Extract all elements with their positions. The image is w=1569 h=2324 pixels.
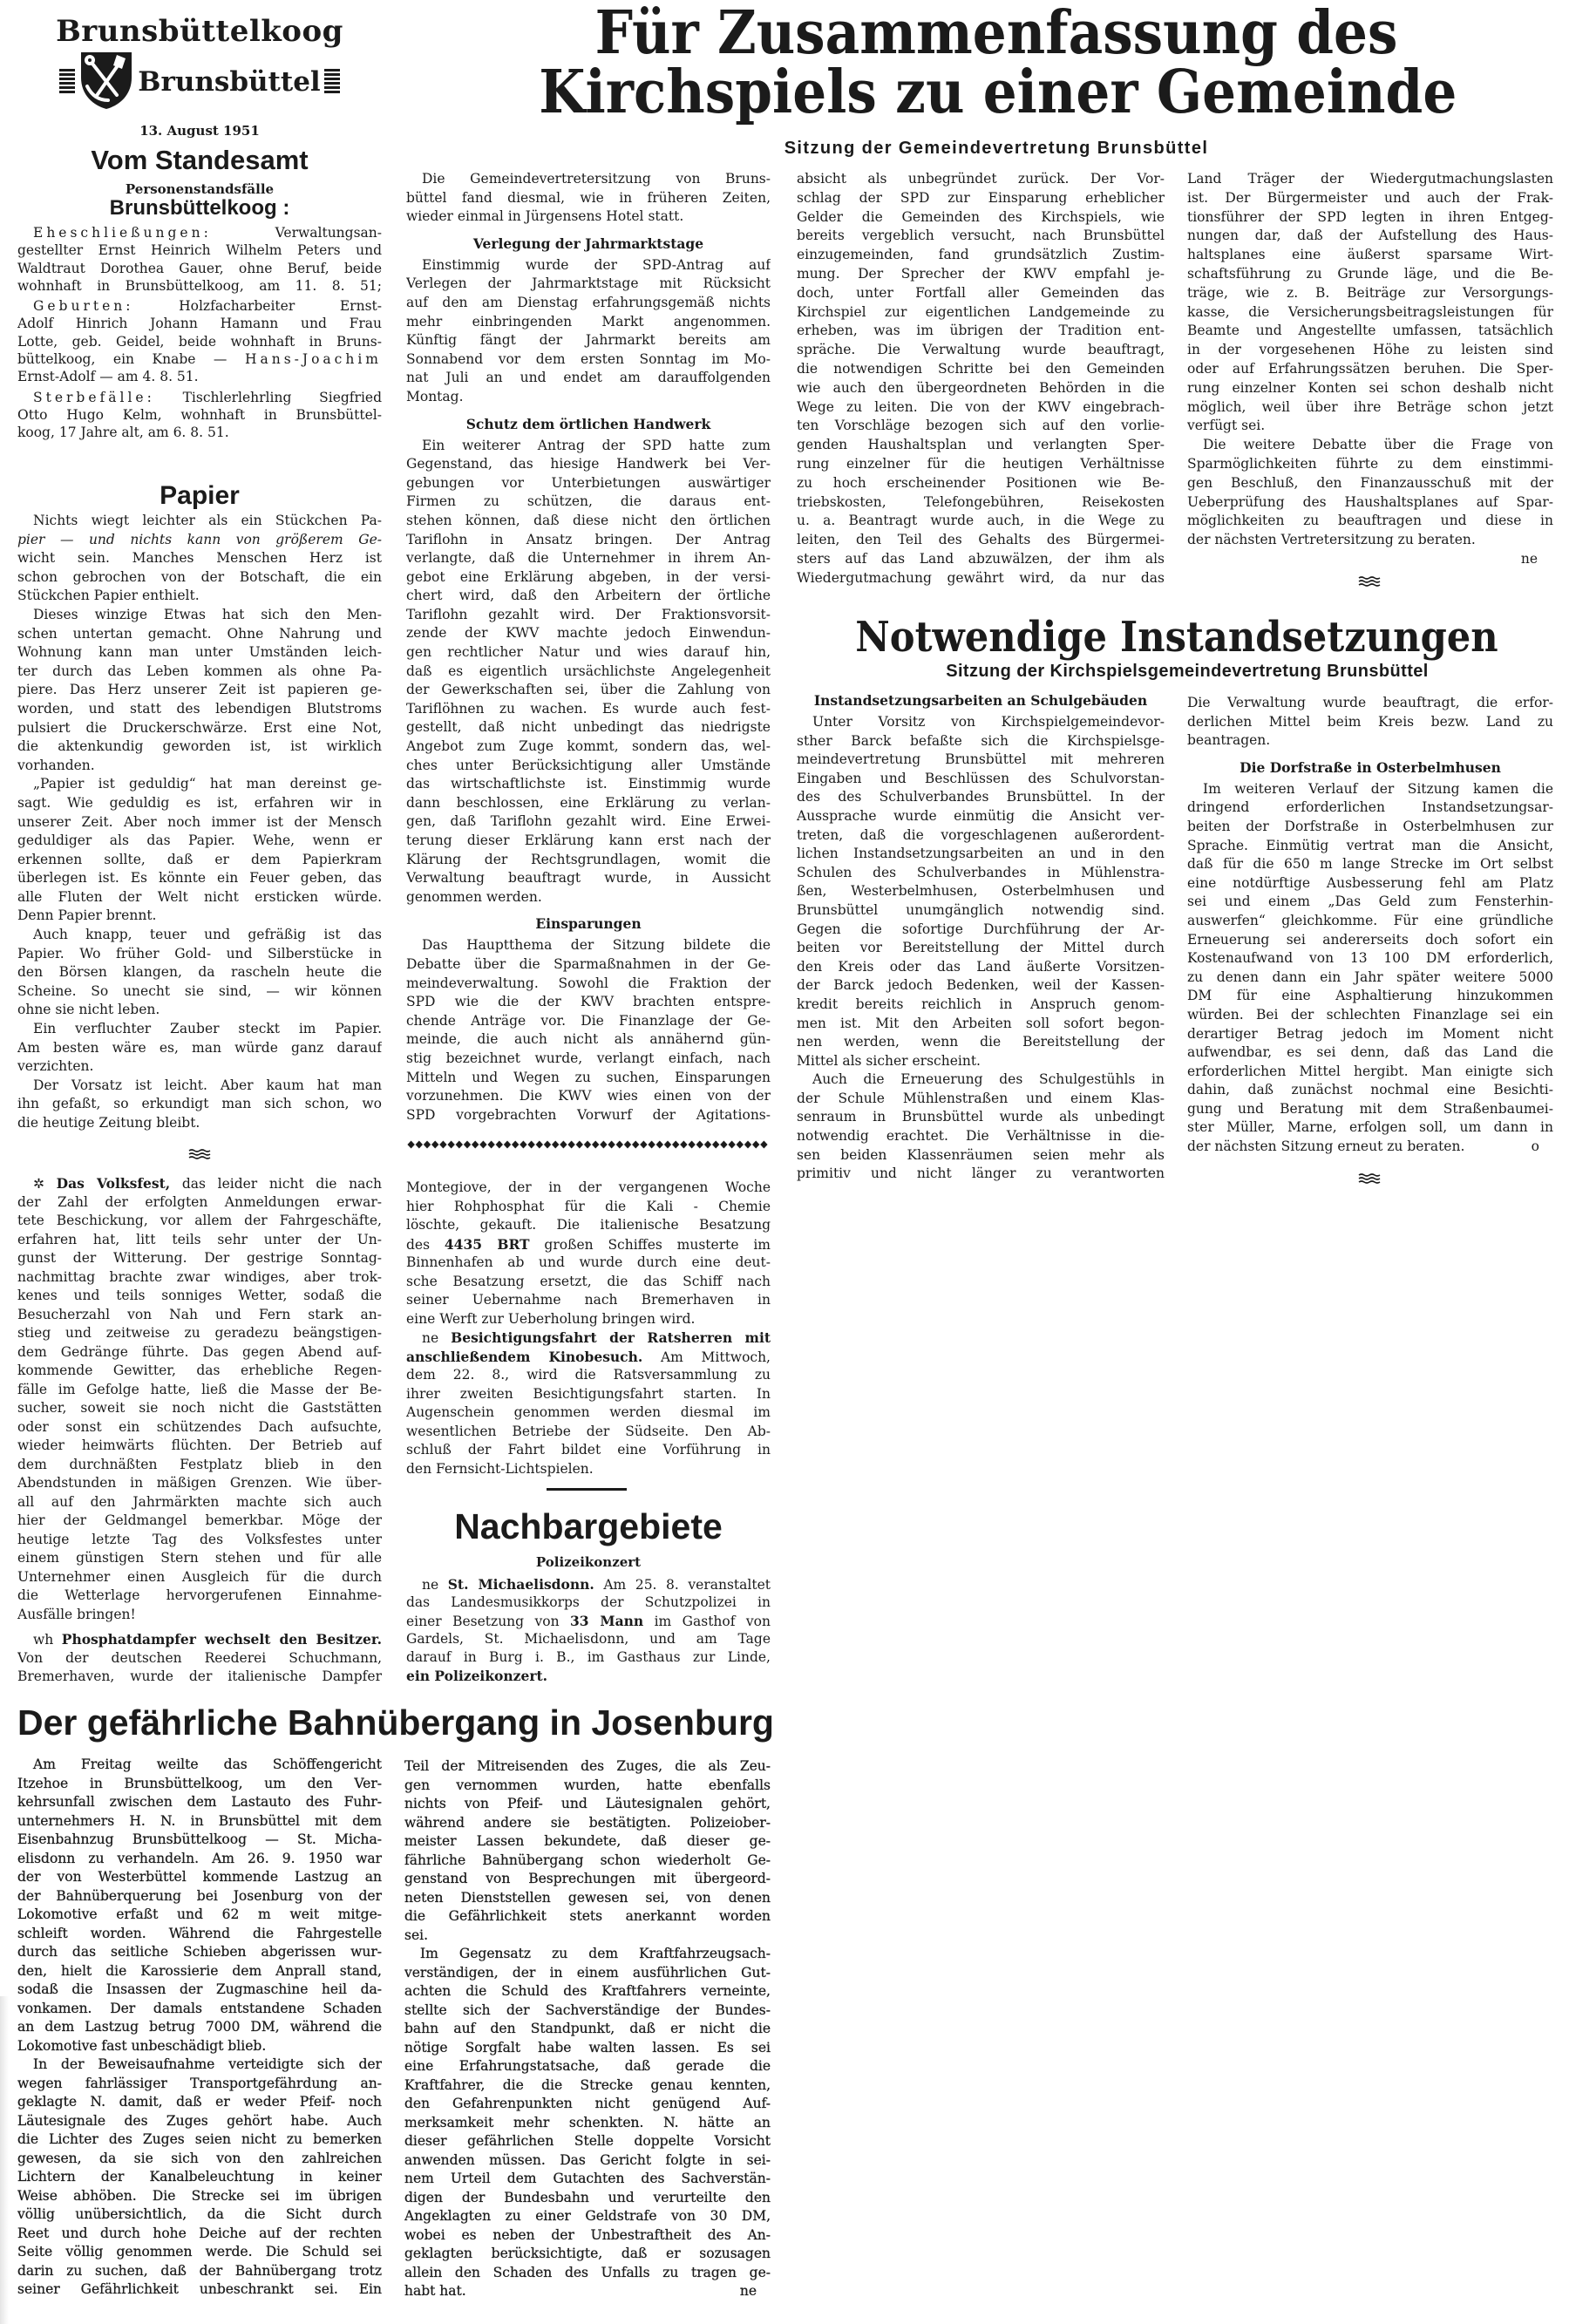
text-line: sters auf das Land abzuwälzen, der ihm a… xyxy=(797,550,1165,569)
paragraph: absicht als unbegründet zurück. Der Vor-… xyxy=(797,170,1165,588)
paragraph: Land Träger der Wiedergutmachungslasteni… xyxy=(1187,170,1553,436)
line-text: Lotte, geb. Geidel, beide wohnhaft in Br… xyxy=(17,334,382,350)
text-line: sther Barck befaßte sich die Kirchspiels… xyxy=(797,732,1165,751)
line-text: schen untertan gemacht. Ohne Nahrung und xyxy=(17,626,382,642)
paragraph: Sterbefälle: Tischlerlehrling SiegfriedO… xyxy=(17,389,382,442)
text-line: darauf in Burg i. B., im Gasthaus zur Li… xyxy=(406,1648,771,1667)
section-divider-rule xyxy=(547,1488,627,1491)
line-text: das Landesmusikkorps der Schutzpolizei i… xyxy=(406,1594,771,1610)
line-text: den Gefahrenpunkten nicht genügend Auf- xyxy=(404,2096,771,2111)
paragraph-label: Geburten: xyxy=(33,298,133,314)
line-text: Verwaltungsan- xyxy=(275,225,382,241)
text-line: verfügt sei. xyxy=(1187,417,1553,436)
line-text: koog, 17 Jahre alt, am 6. 8. 51. xyxy=(17,425,229,440)
text-line: daß es eigentlich ursächlichste Angelege… xyxy=(406,663,771,682)
text-line: dem Gedränge führte. Das gegen Abend auf… xyxy=(17,1343,382,1362)
text-line: gestellter Ernst Heinrich Wilhelm Peters… xyxy=(17,241,382,259)
text-line: Die weitere Debatte über die Frage von xyxy=(1187,436,1553,455)
text-line: vorhanden. xyxy=(17,757,382,776)
line-text: dann beschlossen, eine Erklärung zu verl… xyxy=(406,795,771,811)
line-text: wobei es neben der Unbestraftheit des An… xyxy=(404,2227,771,2243)
line-text: nötige Sorgfalt habe walten lassen. Es s… xyxy=(404,2040,771,2056)
headline-line: Kirchspiels zu einer Gemeinde xyxy=(539,63,1453,122)
text-line: aufwendbar, es sei denn, daß das Land di… xyxy=(1187,1043,1553,1063)
text-line: die Lichter des Zuges seien nicht zu bem… xyxy=(17,2130,382,2150)
text-line: ist. Der Bürgermeister und auch der Frak… xyxy=(1187,189,1553,208)
line-text: SPD wie die der KWV brachten entspre- xyxy=(406,994,771,1009)
paragraph: Im weiteren Verlauf der Sitzung kamen di… xyxy=(1187,780,1553,1157)
line-text: dem 22. 8., wird die Ratsversammlung zu xyxy=(406,1367,771,1383)
line-text: wohnhaft in Brunsbüttelkoog, am 11. 8. 5… xyxy=(17,278,382,294)
line-text: habt hat. xyxy=(404,2283,466,2299)
text-line: vonkamen. Der damals entstandene Schaden xyxy=(17,2000,382,2019)
line-text: Unternehmer einen Ausgleich für die durc… xyxy=(17,1569,382,1585)
line-text: kehrsunfall zwischen dem Lastauto des Fu… xyxy=(17,1794,382,1810)
text-line: Adolf Hinrich Johann Hamann und Frau xyxy=(17,315,382,332)
line-text: wie auch den übergeordneten Behörden in … xyxy=(797,380,1165,396)
text-line: Stückchen Papier enthielt. xyxy=(17,587,382,606)
line-text: nat Juli an und endet am darauffolgenden xyxy=(406,370,771,385)
text-line: gen Beschluß, den Finanzausschuß mit der xyxy=(1187,474,1553,493)
text-line: wegen fahrlässiger Transportgefährdung a… xyxy=(17,2075,382,2094)
line-text: an dem Lastzug betrug 7000 DM, während d… xyxy=(17,2019,382,2035)
line-text: Auch die Erneuerung des Schulgestühls in xyxy=(812,1071,1165,1087)
section-subheading: Verlegung der Jahrmarktstage xyxy=(406,227,771,256)
line-text: ches unter Berücksichtigung aller Umstän… xyxy=(406,758,771,773)
line-text: einzugemeinden, fand grundsätzlich Zusti… xyxy=(797,247,1165,262)
line-text: büttel fand diesmal, wie in früheren Zei… xyxy=(406,190,771,206)
line-text: das wirtschaftlichste ist. Einstimmig wu… xyxy=(406,776,771,792)
text-line: Unter Vorsitz von Kirchspielgemeindevor- xyxy=(797,713,1165,732)
paragraph: Das Hauptthema der Sitzung bildete dieDe… xyxy=(406,936,771,1125)
text-line: den Gefahrenpunkten nicht genügend Auf- xyxy=(404,2095,771,2114)
text-line: nat Juli an und endet am darauffolgenden xyxy=(406,369,771,388)
text-line: Sonnabend vor dem ersten Sonntag im Mo- xyxy=(406,350,771,370)
line-text: ist. Der Bürgermeister und auch der Frak… xyxy=(1187,190,1553,206)
text-line: absicht als unbegründet zurück. Der Vor- xyxy=(797,170,1165,189)
line-text: träge, wie z. B. Beiträge zur Versorgung… xyxy=(1187,285,1553,301)
line-text: Stückchen Papier enthielt. xyxy=(17,588,200,603)
bahnuebergang-column-2: Teil der Mitreisenden des Zuges, die als… xyxy=(404,1757,771,2301)
text-line: meindeverwaltung. Sowohl die Fraktion de… xyxy=(406,975,771,994)
text-line: eine Werft zur Ueberholung bringen wird. xyxy=(406,1310,771,1329)
line-text: Am 25. 8. veranstaltet xyxy=(594,1577,771,1593)
line-text: ✲ xyxy=(33,1176,57,1192)
text-line: worden, und statt des lebendigen Blutstr… xyxy=(17,700,382,719)
line-text: unserer Zeit. Aber noch immer ist der Me… xyxy=(17,814,382,830)
text-line: doch, unter Fortfall aller Gemeinden das xyxy=(797,284,1165,303)
line-text: stehen können, daß diese nicht den örtli… xyxy=(406,513,771,528)
text-line: ßen, Westerbelmhusen, Osterbelmhusen und xyxy=(797,882,1165,901)
line-text: schon gebrochen von der Botschaft, die e… xyxy=(17,569,382,585)
line-text: darin zu suchen, daß der Bahnübergang tr… xyxy=(17,2263,382,2279)
line-text: gen Beschluß, den Finanzausschuß mit der xyxy=(1187,475,1553,491)
text-line: kenes und teils sonniges Wetter, sodaß d… xyxy=(17,1287,382,1306)
text-line: Papier. Wo früher Gold- und Silberstücke… xyxy=(17,945,382,964)
line-text: stieg und zeitweise zu geradezu beängsti… xyxy=(17,1325,382,1341)
text-line: die Gefährlichkeit stets anerkannt worde… xyxy=(404,1907,771,1926)
masthead-logo-town: Brunsbüttel xyxy=(138,65,320,99)
line-text: wesentlichen Betriebe der Südseite. Den … xyxy=(406,1424,771,1439)
line-text: tionsführer der SPD legten in ihren Entg… xyxy=(1187,209,1553,225)
text-line: vorzunehmen. Die KWV wies einen von der xyxy=(406,1087,771,1106)
paragraph: Geburten: Holzfacharbeiter Ernst-Adolf H… xyxy=(17,297,382,385)
line-text: der nächsten Vertretersitzung zu beraten… xyxy=(1187,532,1476,547)
line-text: dieser gefährlichen Stelle doppelte Vors… xyxy=(404,2133,771,2149)
text-line: zu hoch erscheinender Positionen wie Be- xyxy=(797,474,1165,493)
text-line: in der vorgesehenen Höhe zu leisten sind xyxy=(1187,341,1553,360)
text-line: Tariflöhnen zu wachen. Es wurde auch fes… xyxy=(406,700,771,719)
line-text: gebot eine Erklärung abgeben, in der ver… xyxy=(406,569,771,585)
text-line: der von Westerbüttel kommende Lastzug an xyxy=(17,1868,382,1887)
text-line: spräche. Die Verwaltung wurde beauftragt… xyxy=(797,341,1165,360)
line-text: allein den Schaden des Unfalls zu tragen… xyxy=(404,2265,771,2280)
line-text: ne xyxy=(422,1577,448,1593)
line-text: Sprache. Einmütig vertrat man die Ansich… xyxy=(1187,838,1553,853)
text-line: Wege zu leiten. Die von der KWV eingebra… xyxy=(797,398,1165,418)
text-line: Unternehmer einen Ausgleich für die durc… xyxy=(17,1568,382,1587)
text-line: Ueberprüfung des Haushaltsplanes auf Spa… xyxy=(1187,493,1553,513)
text-line: völlig unübersichtlich, da die Sicht dur… xyxy=(17,2205,382,2225)
text-line: geklagten berücksichtigte, daß er sozusa… xyxy=(404,2245,771,2264)
line-text: tete Beschickung, vor allem der Fahrgesc… xyxy=(17,1213,382,1228)
text-line: fälle im Gefolge hatte, ließ die Masse d… xyxy=(17,1381,382,1400)
text-line: den Fernsicht-Lichtspielen. xyxy=(406,1460,771,1479)
text-line: genommen werden. xyxy=(406,888,771,907)
text-line: notwendig erachtet. Die Verhältnisse in … xyxy=(797,1127,1165,1146)
instandsetzungen-column-4: Die Verwaltung wurde beauftragt, die erf… xyxy=(1187,694,1553,1157)
line-text: ter durch das Leben kommen als ohne Pa- xyxy=(17,663,382,679)
text-line: Am besten wäre es, man würde ganz darauf xyxy=(17,1039,382,1058)
text-line: eine notdürftige Ausbesserung fehl am Pl… xyxy=(1187,874,1553,894)
line-text: haltsplanes eine äußerst sparsame Wirt- xyxy=(1187,247,1553,262)
paragraph: Nichts wiegt leichter als ein Stückchen … xyxy=(17,512,382,606)
kirchspiel-subtitle: Sitzung der Gemeindevertretung Brunsbütt… xyxy=(488,139,1504,158)
paragraph: Ein verfluchter Zauber steckt im Papier.… xyxy=(17,1020,382,1077)
paragraph: „Papier ist geduldig“ hat man dereinst g… xyxy=(17,775,382,926)
text-line: treten, daß die vorgeschlagenen außerord… xyxy=(797,826,1165,846)
text-line: In der Beweisaufnahme verteidigte sich d… xyxy=(17,2056,382,2075)
line-text: beiten der Dorfstraße in Osterbelmhusen … xyxy=(1187,819,1553,834)
text-line: wie auch den übergeordneten Behörden in … xyxy=(797,379,1165,398)
line-text: all auf den Jahrmärkten machte sich auch xyxy=(17,1494,382,1510)
line-text: sucher, soweit sie noch nicht die Gastst… xyxy=(17,1400,382,1416)
text-line: des des Schulverbandes Brunsbüttel. In d… xyxy=(797,788,1165,807)
line-text: terung dieser Erklärung kann erst nach d… xyxy=(406,832,771,848)
text-line: DM für eine Asphaltierung hinzukommen xyxy=(1187,987,1553,1006)
text-line: der Barck jedoch Bedenken, weil der Kass… xyxy=(797,976,1165,996)
line-text: gestellt, daß nicht unbedingt das niedri… xyxy=(406,719,771,735)
line-text: Lokomotive erfaßt und 62 m weit mitge- xyxy=(17,1906,382,1922)
line-text: sodaß die Insassen der Zugmaschine heil … xyxy=(17,1981,382,1997)
text-line: die heutige Zeitung bleibt. xyxy=(17,1114,382,1133)
line-text: Sonnabend vor dem ersten Sonntag im Mo- xyxy=(406,351,771,367)
nachbargebiete-title: Nachbargebiete xyxy=(406,1507,771,1546)
line-text: leiten, den Teil des Gehalts des Bürgerm… xyxy=(797,532,1165,547)
text-line: gung und Beratung mit dem Straßenbaumei- xyxy=(1187,1100,1553,1119)
text-line: SPD vorgebrachten Vorwurf der Agitations… xyxy=(406,1106,771,1125)
papier-text: Nichts wiegt leichter als ein Stückchen … xyxy=(17,512,382,1133)
text-line: Debatte über die Sparmaßnahmen in der Ge… xyxy=(406,955,771,975)
line-text: Am Mittwoch, xyxy=(642,1349,771,1365)
line-text: zu denen dann ein Jahr später weitere 50… xyxy=(1187,969,1553,985)
line-text: verfügt sei. xyxy=(1187,418,1265,433)
line-text: kenes und teils sonniges Wetter, sodaß d… xyxy=(17,1288,382,1303)
text-line: Auch die Erneuerung des Schulgestühls in xyxy=(797,1070,1165,1090)
text-line: Seite völlig genommen werde. Die Schuld … xyxy=(17,2243,382,2262)
text-line: den, hielt die Karossierie dem Anprall s… xyxy=(17,1962,382,1981)
text-line: büttel fand diesmal, wie in früheren Zei… xyxy=(406,189,771,208)
paragraph-label: Sterbefälle: xyxy=(33,390,155,405)
text-line: men ist. Mit den Arbeiten soll sofort be… xyxy=(797,1015,1165,1034)
text-line: Die Verwaltung wurde beauftragt, die erf… xyxy=(1187,694,1553,713)
spaced-text: Hans-Joachim xyxy=(245,351,382,367)
line-text: neten Dienststellen gewesen sei, von den… xyxy=(404,1890,771,1906)
text-line: wohnhaft in Brunsbüttelkoog, am 11. 8. 5… xyxy=(17,277,382,295)
text-line: Schulen des Schulverbandes in Mühlenstra… xyxy=(797,864,1165,883)
nachbargebiete-subtitle: Polizeikonzert xyxy=(406,1554,771,1570)
line-text: Wege zu leiten. Die von der KWV eingebra… xyxy=(797,399,1165,415)
instandsetzungen-column-3: Instandsetzungsarbeiten an Schulgebäuden… xyxy=(797,683,1165,1184)
kirchspiel-headline: Für Zusammenfassung des Kirchspiels zu e… xyxy=(488,3,1504,122)
line-text: mung. Der Sprecher der KWV empfahl je- xyxy=(797,266,1165,282)
text-line: Nichts wiegt leichter als ein Stückchen … xyxy=(17,512,382,531)
text-line: einer Besetzung von 33 Mann im Gasthof v… xyxy=(406,1612,771,1630)
line-text: verständigen, der in einem ausführlichen… xyxy=(404,1965,771,1981)
line-text: Wiedergutmachung gewährt wird, da nur da… xyxy=(797,570,1165,586)
text-line: nötige Sorgfalt habe walten lassen. Es s… xyxy=(404,2039,771,2058)
line-text: wh xyxy=(33,1632,62,1648)
text-line: schleift worden. Während die Fahrgestell… xyxy=(17,1925,382,1944)
text-line: ten Vorschläge bezogen sich auf den vorl… xyxy=(797,417,1165,436)
line-text: meinde, die auch nicht als annähernd gün… xyxy=(406,1031,771,1047)
text-line: die aktenkundig geworden ist, ist wirkli… xyxy=(17,737,382,757)
line-text: nungen dar, daß der Aufstellung des Haus… xyxy=(1187,228,1553,243)
line-text: eine notdürftige Ausbesserung fehl am Pl… xyxy=(1187,875,1553,891)
text-line: verlangte, daß die Unternehmer in ihrem … xyxy=(406,549,771,568)
nachbargebiete-text: ne St. Michaelisdonn. Am 25. 8. veransta… xyxy=(406,1575,771,1685)
text-line: elisdonn zu verhandeln. Am 26. 9. 1950 w… xyxy=(17,1850,382,1869)
line-text: kasse, die Versicherungsbeitragsleistung… xyxy=(1187,304,1553,320)
text-line: Künftig fängt der Jahrmarkt bereits am xyxy=(406,331,771,350)
line-text: bereits vergeblich versucht, nach Brunsb… xyxy=(797,228,1165,243)
text-line: Wiedergutmachung gewährt wird, da nur da… xyxy=(797,569,1165,588)
text-line: Eheschließungen: Verwaltungsan- xyxy=(17,224,382,241)
text-line: piere. Das Herz unserer Zeit ist papiere… xyxy=(17,681,382,700)
bold-text: Das Volksfest, xyxy=(57,1175,170,1192)
text-line: Gelder die Gemeinden des Kirchspiels, wi… xyxy=(797,208,1165,228)
line-text: Land Träger der Wiedergutmachungslasten xyxy=(1187,171,1553,187)
text-line: kehrsunfall zwischen dem Lastauto des Fu… xyxy=(17,1793,382,1812)
text-line: SPD wie die der KWV brachten entspre- xyxy=(406,993,771,1012)
line-text: Eisenbahnzug Brunsbüttelkoog — St. Micha… xyxy=(17,1831,382,1847)
section-subheading: Instandsetzungsarbeiten an Schulgebäuden xyxy=(797,683,1165,713)
line-text: Sparmöglichkeiten führte zu dem einstimm… xyxy=(1187,456,1553,472)
text-line: mung. Der Sprecher der KWV empfahl je- xyxy=(797,265,1165,284)
line-text: Verwaltung beauftragt wurde, in Aussicht xyxy=(406,870,771,886)
text-line: oder sonst ein schützendes Dach aufsucht… xyxy=(17,1418,382,1437)
text-line: Der Vorsatz ist leicht. Aber kaum hat ma… xyxy=(17,1077,382,1096)
text-line: Auch knapp, teuer und gefräßig ist das xyxy=(17,926,382,945)
line-text: heutige letzte Tag des Volksfestes unter xyxy=(17,1532,382,1547)
line-text: piere. Das Herz unserer Zeit ist papiere… xyxy=(17,682,382,697)
line-text: alle Fluten der Welt nicht ersticken wür… xyxy=(17,889,382,905)
text-line: Mittel als sicher erscheint. xyxy=(797,1052,1165,1071)
line-text: Läutesignale des Zuges gehört habe. Auch xyxy=(17,2113,382,2129)
line-text: ten Vorschläge bezogen sich auf den vorl… xyxy=(797,418,1165,433)
text-line: der Bahnüberquerung bei Josenburg von de… xyxy=(17,1887,382,1906)
text-line: büttelkoog, ein Knabe — Hans-Joachim xyxy=(17,350,382,368)
line-text: Holzfacharbeiter Ernst- xyxy=(179,298,382,314)
line-text: dahin, daß zunächst nochmal eine Besicht… xyxy=(1187,1082,1553,1097)
text-line: einzugemeinden, fand grundsätzlich Zusti… xyxy=(797,246,1165,265)
paragraph: Auch knapp, teuer und gefräßig ist dasPa… xyxy=(17,926,382,1020)
text-line: unternehmers H. N. in Brunsbüttel mit de… xyxy=(17,1812,382,1831)
line-text: Beamte und Angestellte umfassen, tatsäch… xyxy=(1187,323,1553,338)
text-line: Kostenaufwand von 13 100 DM erforderlich… xyxy=(1187,949,1553,968)
line-text: nichts von Pfeif- und Läutesignalen gehö… xyxy=(404,1796,771,1811)
line-text: Die Verwaltung wurde beauftragt, die erf… xyxy=(1187,695,1553,710)
line-text: Ein verfluchter Zauber steckt im Papier. xyxy=(33,1021,382,1036)
text-line: dem durchnäßten Festplatz blieb in den xyxy=(17,1456,382,1475)
paragraph: In der Beweisaufnahme verteidigte sich d… xyxy=(17,2056,382,2300)
banner-left-icon xyxy=(59,69,75,95)
line-text: spräche. Die Verwaltung wurde beauftragt… xyxy=(797,342,1165,357)
text-line: Montegiove, der in der vergangenen Woche xyxy=(406,1179,771,1198)
text-line: fährliche Bahnübergang schon wiederholt … xyxy=(404,1852,771,1871)
wave-ornament-icon xyxy=(1358,575,1381,591)
standesamt-subtitle: Personenstandsfälle xyxy=(17,181,382,197)
paragraph: Unter Vorsitz von Kirchspielgemeindevor-… xyxy=(797,713,1165,1070)
line-text: der von Westerbüttel kommende Lastzug an xyxy=(17,1869,382,1885)
line-text: Montegiove, der in der vergangenen Woche xyxy=(406,1179,771,1195)
line-text: sters auf das Land abzuwälzen, der ihm a… xyxy=(797,551,1165,567)
line-text: Lichtern der Kanalbeleuchtung in keiner xyxy=(17,2169,382,2185)
text-line: senraum in Brunsbüttel wurde als unbedin… xyxy=(797,1108,1165,1127)
bold-text: 4435 BRT xyxy=(445,1236,530,1253)
line-text: Unter Vorsitz von Kirchspielgemeindevor- xyxy=(812,714,1165,730)
text-line: löschte, gekauft. Die italienische Besat… xyxy=(406,1216,771,1235)
kirchspiel-column-4: Land Träger der Wiedergutmachungslasteni… xyxy=(1187,170,1553,569)
text-line: gen, daß Tariflohn gezahlt wird. Eine Er… xyxy=(406,812,771,832)
paragraph: Montegiove, der in der vergangenen Woche… xyxy=(406,1179,771,1328)
line-text: gen vernommen wurden, hatte ebenfalls xyxy=(404,1777,771,1793)
text-line: triebskosten, Telefongebühren, Reisekost… xyxy=(797,493,1165,513)
line-text: eine Werft zur Ueberholung bringen wird. xyxy=(406,1311,695,1327)
line-text: der Schule Mühlenstraßen und einem Klas- xyxy=(797,1091,1165,1106)
papier-title: Papier xyxy=(17,483,382,509)
text-line: gebot eine Erklärung abgeben, in der ver… xyxy=(406,568,771,588)
text-line: neten Dienststellen gewesen sei, von den… xyxy=(404,1889,771,1908)
text-line: sodaß die Insassen der Zugmaschine heil … xyxy=(17,1981,382,2000)
line-text: beantragen. xyxy=(1187,732,1270,748)
line-text: Angebot zum Zuge kommt, sondern das, wel… xyxy=(406,738,771,754)
text-line: dahin, daß zunächst nochmal eine Besicht… xyxy=(1187,1081,1553,1100)
text-line: dieser gefährlichen Stelle doppelte Vors… xyxy=(404,2132,771,2151)
text-line: Lokomotive fast unbeschädigt blieb. xyxy=(17,2037,382,2056)
masthead: Brunsbüttelkoog Brunsbüttel xyxy=(35,12,364,113)
line-text: wegen fahrlässiger Transportgefährdung a… xyxy=(17,2076,382,2091)
line-text: einer Besetzung von xyxy=(406,1614,570,1629)
line-text: meindeverwaltung. Sowohl die Fraktion de… xyxy=(406,975,771,991)
text-line: oder nächsten Sitzung erneut zu beraten. xyxy=(1187,1138,1553,1157)
line-text: die Gefährlichkeit stets anerkannt worde… xyxy=(404,1908,771,1924)
line-text: überlegen ist. Es könnte ein Feuer geben… xyxy=(17,870,382,886)
line-text: geklagte N. damit, daß er weder Pfeif- n… xyxy=(17,2094,382,2110)
text-line: Binnenhafen ab und wurde durch eine deut… xyxy=(406,1254,771,1273)
line-text: digen der Bundesbahn und verurteilte den xyxy=(404,2190,771,2205)
masthead-logo-line2: Brunsbüttel xyxy=(35,51,364,113)
line-text: vonkamen. Der damals entstandene Schaden xyxy=(17,2001,382,2016)
line-text: schluß der Fahrt bildet eine Vorführung … xyxy=(406,1442,771,1458)
line-text: sagt. Wie geduldig es ist, erfahren wir … xyxy=(17,795,382,811)
headline-line: Für Zusammenfassung des xyxy=(539,3,1453,63)
line-text: Gardels, St. Michaelisdonn, und am Tage xyxy=(406,1631,771,1647)
text-line: Gegenstand, das hiesige Handwerk bei Ver… xyxy=(406,455,771,474)
text-line: Einstimmig wurde der SPD-Antrag auf xyxy=(406,256,771,275)
text-line: das wirtschaftlichste ist. Einstimmig wu… xyxy=(406,775,771,794)
text-line: merksamkeit mehr schenkten. N. hätte an xyxy=(404,2114,771,2133)
text-line: daß für die 650 m lange Strecke im Ort s… xyxy=(1187,855,1553,874)
line-text: Tariflohn gezahlt wird. Der Fraktionsvor… xyxy=(406,607,771,622)
text-line: der Schule Mühlenstraßen und einem Klas- xyxy=(797,1090,1165,1109)
text-line: Waldtraut Dorothea Gauer, ohne Beruf, be… xyxy=(17,260,382,277)
text-line: genstand von Besprechungen mit übergeord… xyxy=(404,1870,771,1889)
text-line: nehabt hat. xyxy=(404,2282,771,2301)
text-line: pier — und nichts kann von größerem Ge- xyxy=(17,531,382,550)
line-text: gebungen vor Unterbietungen auswärtiger xyxy=(406,475,771,491)
line-text: schaftsführung zu Grunde läge, und die B… xyxy=(1187,266,1553,282)
text-line: Aussprache wurde einmütig die Ansicht ve… xyxy=(797,807,1165,826)
line-text: unternehmers H. N. in Brunsbüttel mit de… xyxy=(17,1813,382,1829)
line-text: Montag. xyxy=(406,389,464,404)
text-line: Land Träger der Wiedergutmachungslasten xyxy=(1187,170,1553,189)
line-text: seiner Gefährlichkeit unbeschrankt sei. … xyxy=(17,2281,382,2297)
text-line: bereits vergeblich versucht, nach Brunsb… xyxy=(797,227,1165,246)
line-text: den Börsen klangen, da rascheln heute di… xyxy=(17,964,382,980)
line-text: Nichts wiegt leichter als ein Stückchen … xyxy=(33,513,382,528)
line-text: fährliche Bahnübergang schon wiederholt … xyxy=(404,1852,771,1868)
paragraph: wh Phosphatdampfer wechselt den Besitzer… xyxy=(17,1630,382,1687)
text-line: hier Rohphosphat für die Kali - Chemie xyxy=(406,1198,771,1217)
line-text: Dieses winzige Etwas hat sich den Men- xyxy=(33,607,382,622)
text-line: Otto Hugo Kelm, wohnhaft in Brunsbüttel- xyxy=(17,406,382,424)
instandsetzungen-headline: Notwendige Instandsetzungen xyxy=(830,615,1524,660)
text-line: während andere sie bestätigten. Polizeio… xyxy=(404,1814,771,1833)
text-line: u. a. Beantragt wurde auch, in die Wege … xyxy=(797,512,1165,531)
line-text: Ausfälle bringen! xyxy=(17,1607,136,1622)
line-text: lichen Instandsetzungsarbeiten an und in… xyxy=(797,846,1165,861)
line-text: Teil der Mitreisenden des Zuges, die als… xyxy=(404,1758,771,1774)
line-text: Besucherzahl von Nah und Fern stark an- xyxy=(17,1307,382,1322)
line-text: erheben, was im übrigen der Tradition en… xyxy=(797,323,1165,338)
text-line: sucher, soweit sie noch nicht die Gastst… xyxy=(17,1399,382,1418)
text-line: dann beschlossen, eine Erklärung zu verl… xyxy=(406,794,771,813)
text-line: allein den Schaden des Unfalls zu tragen… xyxy=(404,2264,771,2283)
section-subheading: Die Dorfstraße in Osterbelmhusen xyxy=(1187,751,1553,780)
text-line: wh Phosphatdampfer wechselt den Besitzer… xyxy=(17,1630,382,1649)
line-text: men ist. Mit den Arbeiten soll sofort be… xyxy=(797,1016,1165,1031)
line-text: Lokomotive fast unbeschädigt blieb. xyxy=(17,2038,266,2054)
text-line: beantragen. xyxy=(1187,731,1553,751)
line-text: notwendig erachtet. Die Verhältnisse in … xyxy=(797,1128,1165,1144)
line-text: aufwendbar, es sei denn, daß das Land di… xyxy=(1187,1044,1553,1060)
line-text: die Wetterlage hervorgerufenen Einnahme- xyxy=(17,1587,382,1603)
text-line: schon gebrochen von der Botschaft, die e… xyxy=(17,568,382,588)
line-text: des xyxy=(406,1237,445,1253)
line-text: Bremerhaven, wurde der italienische Damp… xyxy=(17,1668,382,1684)
line-text: genden Haushaltsplan und verlangten Sper… xyxy=(797,437,1165,452)
